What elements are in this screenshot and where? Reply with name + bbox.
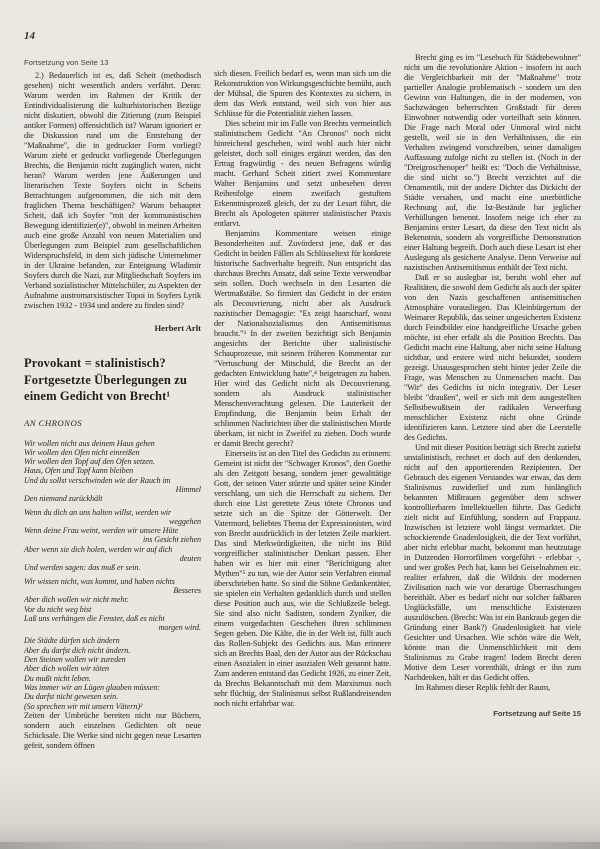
poem-line: Wir wollen den Ofen nicht einreißen (24, 448, 201, 457)
heading-line: Provokant = stalinistisch? (24, 356, 166, 370)
poem-line: Aber dich wollen wir nicht mehr. (24, 595, 201, 604)
paragraph: Zeiten der Umbrüche bereiten nicht nur B… (24, 711, 201, 751)
poem-line: Haus, Ofen und Topf kann bleiben (24, 466, 201, 475)
paragraph: 2.) Bedauerlich ist es, daß Scheit (meth… (24, 71, 201, 311)
author-byline: Herbert Arlt (24, 323, 201, 333)
paragraph: Einerseits ist an den Titel des Gedichts… (214, 449, 391, 709)
paragraph: Benjamins Kommentare weisen einige Beson… (214, 229, 391, 449)
column-1: Fortsetzung von Seite 13 2.) Bedauerlich… (24, 52, 201, 751)
continuation-note-bottom: Fortsetzung auf Seite 15 (404, 709, 581, 718)
article-heading: Provokant = stalinistisch? Fortgesetzte … (24, 355, 201, 405)
poem-line: Du darfst nicht gewesen sein. (24, 692, 201, 701)
continuation-note-top: Fortsetzung von Seite 13 (24, 58, 201, 67)
paragraph: Im Rahmen dieser Replik fehlt der Raum, (404, 683, 581, 693)
poem-line: Wir wissen nicht, was kommt, und haben n… (24, 577, 201, 586)
document-page: 14 Fortsetzung von Seite 13 2.) Bedauerl… (0, 0, 600, 849)
poem-line: Wir wollen nicht aus deinem Haus gehen (24, 439, 201, 448)
poem-line: Den niemand zurückhält (24, 494, 201, 503)
poem-line: (So sprechen wir mit unsern Vätern)² (24, 702, 201, 711)
poem-line: Wenn du dich an uns halten willst, werde… (24, 508, 201, 517)
text-columns: Fortsetzung von Seite 13 2.) Bedauerlich… (24, 52, 582, 751)
poem-line: deuten (24, 554, 201, 563)
poem-line: Aber dich wollen wir töten (24, 664, 201, 673)
poem-line: Aber du darfst dich nicht ändern. (24, 646, 201, 655)
page-number: 14 (24, 30, 35, 42)
poem-line: Die Städte dürfen sich ändern (24, 636, 201, 645)
poem-line: Laß uns verhängen die Fenster, daß es ni… (24, 614, 201, 623)
poem-line: Und du sollst verschwinden wie der Rauch… (24, 476, 201, 485)
heading-line: Fortgesetzte Überlegungen zu (24, 373, 187, 387)
poem-line: Besseres (24, 586, 201, 595)
heading-line: einem Gedicht von Brecht¹ (24, 389, 170, 403)
poem-line: weggehen (24, 517, 201, 526)
column-3: Brecht ging es im "Lesebuch für Städtebe… (404, 52, 581, 751)
poem-line: Wir wollen den Topf auf den Ofen setzen. (24, 457, 201, 466)
paragraph: Daß er so auslegbar ist, beruht wohl ehe… (404, 273, 581, 443)
poem-line: Aber wenn sie dich holen, werden wir auf… (24, 545, 201, 554)
poem-line: morgen wird. (24, 623, 201, 632)
paragraph: Und mit dieser Position beträgt sich Bre… (404, 443, 581, 683)
poem-line: Du mußt nicht leben. (24, 674, 201, 683)
poem-line: Wenn deine Frau weint, werden wir unsere… (24, 526, 201, 535)
column-2: sich diesen. Freilich bedarf es, wenn ma… (214, 52, 391, 751)
scan-shadow (0, 842, 600, 849)
poem-line: Himmel (24, 485, 201, 494)
paragraph: sich diesen. Freilich bedarf es, wenn ma… (214, 69, 391, 119)
paragraph: Dies scheint mir im Falle von Brechts ve… (214, 119, 391, 229)
poem-title: AN CHRONOS (24, 418, 201, 428)
paragraph: Brecht ging es im "Lesebuch für Städtebe… (404, 53, 581, 273)
poem-line: Den Steinen wollen wir zureden (24, 655, 201, 664)
poem-line: Und werden sagen: das muß er sein. (24, 563, 201, 572)
poem-line: ins Gesicht ziehen (24, 535, 201, 544)
poem-line: Was immer wir an Lügen glauben müssen: (24, 683, 201, 692)
poem: Wir wollen nicht aus deinem Haus gehenWi… (24, 439, 201, 711)
poem-line: Vor du nicht weg bist (24, 605, 201, 614)
